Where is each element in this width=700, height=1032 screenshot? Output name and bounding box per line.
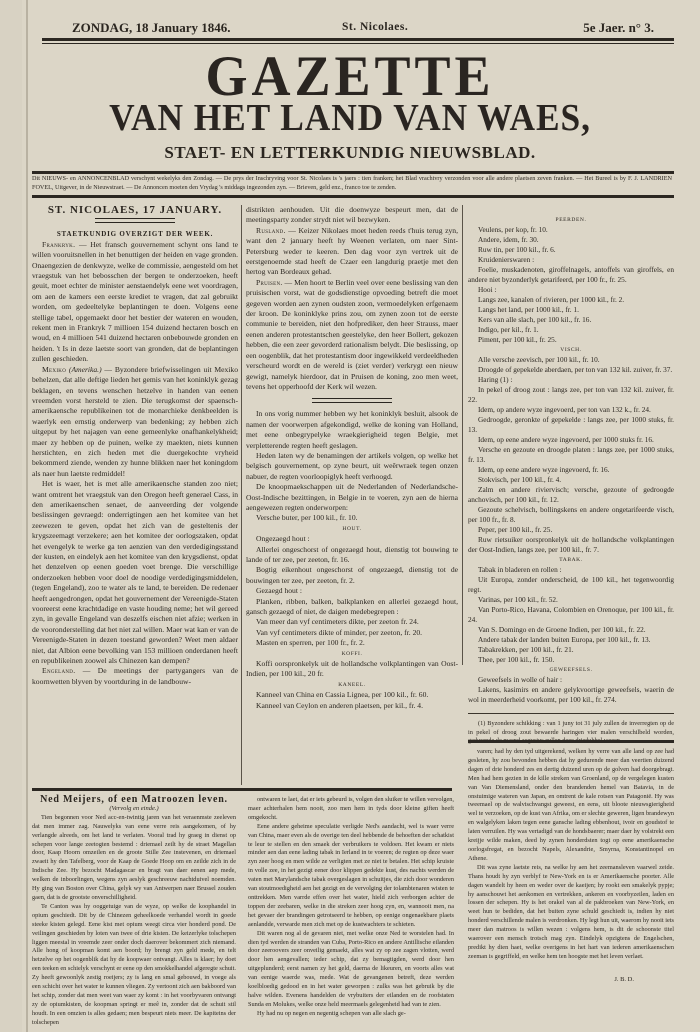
feuilleton-paragraph: Dit waren nog al de gevaren niet, met we… [248,930,454,1010]
tariff-item: Gezaegd hout : [246,586,458,596]
tariff-item: Langs het land, per 1000 kil., fr. 1. [468,305,674,315]
article-lead: Rusland. [256,226,286,235]
tariff-item: Gedroogde, geronkte of gepekelde : langs… [468,415,674,435]
tariff-item: Andere tabak der landen buiten Europa, p… [468,635,674,645]
tariff-item: Langs zee, kanalen of rivieren, per 1000… [468,295,674,305]
article-lead: Pruisen. [256,278,283,287]
tariff-item: Idem, op andere wyze ingevoerd, per ton … [468,405,674,415]
tariff-item: Varinas, per 100 kil., fr. 52. [468,595,674,605]
feuilleton-rule-right [468,740,674,743]
tariff-item: Kruidenierswaren : [468,255,674,265]
tariff-category: HOUT. [246,524,458,534]
article-lead: Frankryk. [42,240,75,249]
tariff-item: Ruw tin, per 100 kil., fr. 6. [468,245,674,255]
tariff-item: Ruw rietsuiker oorspronkelyk uit de holl… [468,535,674,555]
article-paragraph: distrikten aenhouden. Uit die doenwyze b… [246,205,458,226]
header-rule [42,38,674,41]
tariff-item: Tabakrekken, per 100 kil., fr. 21. [468,645,674,655]
article-paragraph: Het is waer, het is met alle amerikaensc… [32,479,238,666]
article-paragraph: Engeland. — De meetings der partygangers… [32,666,238,687]
tariff-item: Stokvisch, per 100 kil., fr. 4. [468,475,674,485]
masthead-title-line2: VAN HET LAND VAN WAES, [25,97,676,139]
column-divider [241,205,242,785]
tariff-item: Kers van alle slach, per 100 kil., fr. 1… [468,315,674,325]
tariff-category: KANEEL. [246,680,458,690]
tariff-column: PEERDEN.Veulens, per kop, fr. 10.Andere,… [468,215,674,746]
feuilleton-subtitle: (Vervolg en einde.) [32,805,236,814]
ornament-divider [95,218,175,223]
section-heading: STAETKUNDIG OVERZIGT DER WEEK. [32,229,238,239]
tariff-item: Lakens, kasimirs en andere gelykvoortige… [468,685,674,705]
article-paragraph: Frankryk. — Het fransch gouvernement sch… [32,240,238,365]
tariff-item: Versche buter, per 100 kil., fr. 10. [246,513,458,523]
tariff-category: KOFFI. [246,649,458,659]
tariff-item: Gezoute schelvisch, bollingskens en ande… [468,505,674,525]
tariff-item: Van S. Domingo en de Groene Indien, per … [468,625,674,635]
tariff-category: TABAK. [468,555,674,565]
tariff-item: Van vyf centimeters dikte of minder, per… [246,628,458,638]
feuilleton-column-1: Ned Meijers, of een Matroozen leven. (Ve… [32,796,236,1028]
tariff-item: Van meer dan vyf centimeters dikte, per … [246,617,458,627]
tariff-item: Kanneel van China en Cassia Lignea, per … [246,690,458,700]
tariff-item: Idem, op eene andere wyze ingevoerd, fr.… [468,465,674,475]
feuilleton-paragraph: varen; had hy den tyd uitgerekend, welke… [468,748,674,864]
feuilleton-paragraph: ontwaren te laet, dat er iets gebeurd is… [248,796,454,823]
tariff-item: Haring (1) : [468,375,674,385]
feuilleton-title: Ned Meijers, of een Matroozen leven. [32,796,236,805]
tariff-item: Geweefsels in wolle of hair : [468,675,674,685]
tariff-item: Zalm en andere riviervisch; versche, gez… [468,485,674,505]
column-divider [462,205,463,665]
author-signature: J. B. D. [468,976,674,985]
issue-place: St. Nicolaes. [342,21,408,33]
tariff-item: Hooi : [468,285,674,295]
feuilleton-column-3: varen; had hy den tyd uitgerekend, welke… [468,748,674,985]
tariff-item: Uit Europa, zonder onderscheid, de 100 k… [468,575,674,595]
feuilleton-rule [32,788,452,791]
tariff-item: Andere, idem, fr. 30. [468,235,674,245]
article-paragraph: In ons vorig nummer hebben wy het konink… [246,409,458,451]
tariff-item: Idem, op eene andere wyze ingevoerd, per… [468,435,674,445]
tariff-item: Indigo, per kil., fr. 1. [468,325,674,335]
issue-number: 5e Jaer. n° 3. [583,20,654,36]
tariff-item: In pekel of droog zout : langs zee, per … [468,385,674,405]
news-column-1: ST. NICOLAES, 17 JANUARY. STAETKUNDIG OV… [32,205,238,687]
issue-header: ZONDAG, 18 January 1846. St. Nicolaes. 5… [42,20,674,38]
tariff-item: Van Porto-Rico, Havana, Colombien en Ore… [468,605,674,625]
tariff-item: Thee, per 100 kil., fr. 150. [468,655,674,665]
tariff-item: Versche en gezoute en droogde platen : l… [468,445,674,465]
tariff-item: Alle versche zeevisch, per 100 kil., fr.… [468,355,674,365]
tariff-item: Peper, per 100 kil., fr. 25. [468,525,674,535]
tariff-item: Foelie, muskadenoten, giroffelnagels, an… [468,265,674,285]
feuilleton-paragraph: Te Canton was hy ooggetuige van de wyze,… [32,903,236,1028]
tariff-item: Tabak in bladeren en rollen : [468,565,674,575]
tariff-category: GEWEEFSELS. [468,665,674,675]
article-lead: Mexiko [42,365,66,374]
masthead-subtitle: STAET- EN LETTERKUNDIG NIEUWSBLAD. [0,143,700,163]
article-paragraph: Pruisen. — Men hoort te Berlin veel over… [246,278,458,392]
ornament-divider [312,398,392,403]
news-column-2: distrikten aenhouden. Uit die doenwyze b… [246,205,458,711]
notice-rule-bottom [32,195,674,198]
feuilleton-paragraph: Dit was zyne laetste reis, na welke hy a… [468,864,674,962]
article-paragraph: De knoopmaekschappen uit de Nederlanden … [246,482,458,513]
tariff-item: Veulens, per kop, fr. 10. [468,225,674,235]
tariff-item: Droogde of gepekelde aberdaen, per ton v… [468,365,674,375]
tariff-item: Masten en sperren, per 100 fr., fr. 2. [246,638,458,648]
feuilleton-paragraph: Tien begonnen voor Ned acc-en-twintig ja… [32,814,236,903]
article-aside: (Amerika.) [69,365,102,374]
tariff-item: Kanneel van Ceylon en anderen plaetsen, … [246,701,458,711]
dateline-heading: ST. NICOLAES, 17 JANUARY. [32,205,238,215]
article-paragraph: Mexiko (Amerika.) — Byzondere briefwisse… [32,365,238,479]
article-paragraph: Heden laten wy de benamingen der artikel… [246,451,458,482]
tariff-category: VISCH. [468,345,674,355]
feuilleton-paragraph: Hy had nu op negen en negentig schepen v… [248,1010,454,1019]
issue-date: ZONDAG, 18 January 1846. [72,20,231,36]
tariff-category: PEERDEN. [468,215,674,225]
feuilleton-paragraph: Eene andere geheime speculatie verligde … [248,823,454,930]
tariff-item: Ongezaegd hout : [246,534,458,544]
tariff-item: Bogtig eikenhout ongeschorst of ongezaeg… [246,565,458,586]
subscription-notice: Dit NIEUWS- en ANNONCENBLAD verschynt we… [32,174,672,192]
tariff-item: Koffi oorspronkelyk uit de hollandsche v… [246,659,458,680]
tariff-item: Allerlei ongeschorst of ongezaegd hout, … [246,545,458,566]
feuilleton-column-2: ontwaren te laet, dat er iets gebeurd is… [248,796,454,1019]
article-paragraph: Rusland. — Keizer Nikolaes moet heden re… [246,226,458,278]
tariff-item: Planken, ribben, balken, balkplanken en … [246,597,458,618]
tariff-item: Piment, per 100 kil., fr. 25. [468,335,674,345]
article-lead: Engeland. [42,666,75,675]
